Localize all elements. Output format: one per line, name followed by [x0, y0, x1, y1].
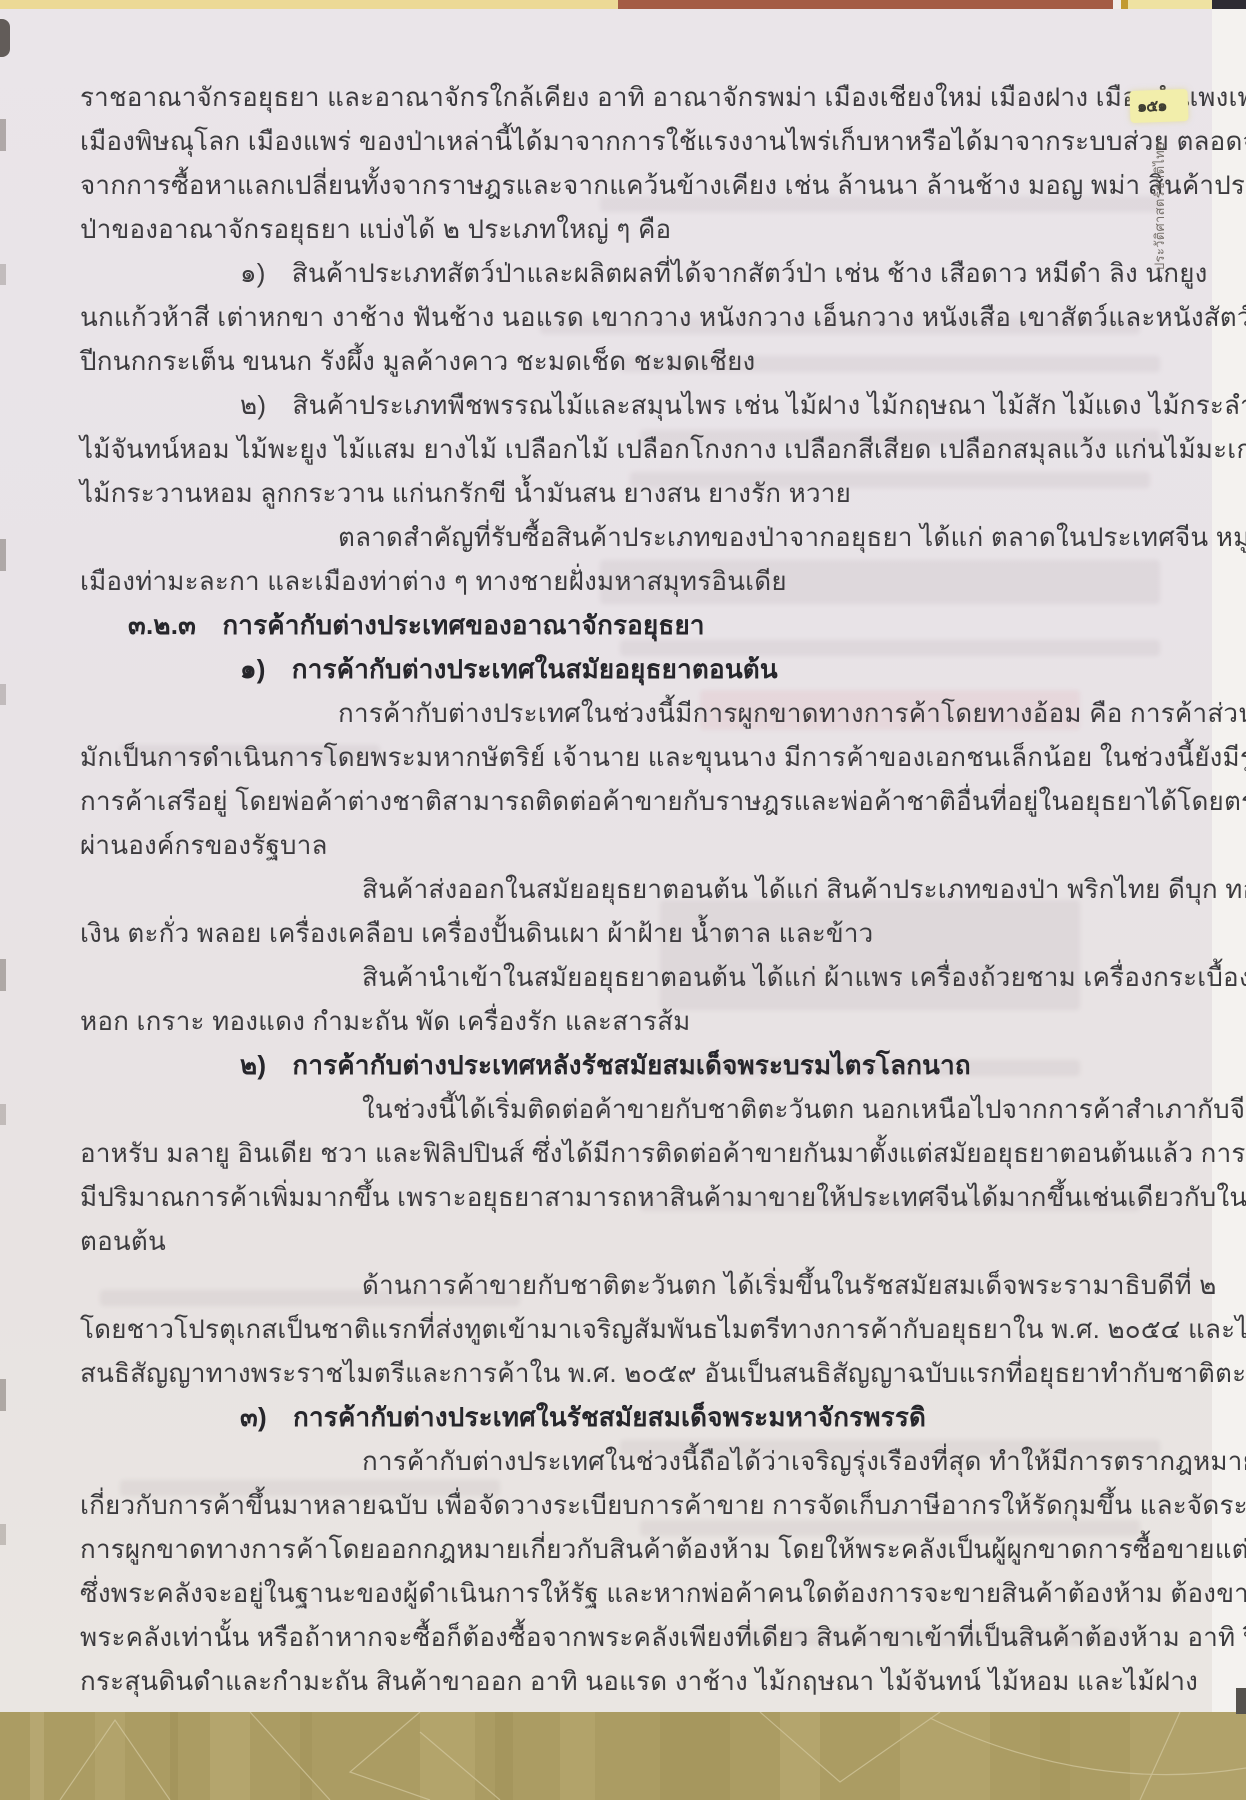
- text-line: ตลาดสำคัญที่รับซื้อสินค้าประเภทของป่าจาก…: [80, 515, 1168, 559]
- top-edge-strip-brown: [618, 0, 1113, 9]
- list-item-line: ๒) สินค้าประเภทพืชพรรณไม้และสมุนไพร เช่น…: [80, 383, 1168, 427]
- text-line: ในช่วงนี้ได้เริ่มติดต่อค้าขายกับชาติตะวั…: [80, 1087, 1168, 1131]
- scanned-textbook-page: ๑๕๑ ประวัติศาสตร์ชาติไทย ราชอาณาจักรอยุธ…: [0, 0, 1246, 1800]
- text-line: การค้าเสรีอยู่ โดยพ่อค้าต่างชาติสามารถติ…: [80, 779, 1168, 823]
- subsection-heading-line: ๒) การค้ากับต่างประเทศหลังรัชสมัยสมเด็จพ…: [80, 1043, 1168, 1087]
- body-text-column: ราชอาณาจักรอยุธยา และอาณาจักรใกล้เคียง อ…: [80, 75, 1168, 1703]
- text-line: ตอนต้น: [80, 1219, 1168, 1263]
- bottom-right-streak: [1236, 1688, 1246, 1714]
- list-item-line: ๑) สินค้าประเภทสัตว์ป่าและผลิตผลที่ได้จา…: [80, 251, 1168, 295]
- text-line: ไม้กระวานหอม ลูกกระวาน แก่นกรักขี น้ำมัน…: [80, 471, 1168, 515]
- section-heading-line: ๓.๒.๓ การค้ากับต่างประเทศของอาณาจักรอยุธ…: [80, 603, 1168, 647]
- text-line: ป่าของอาณาจักรอยุธยา แบ่งได้ ๒ ประเภทใหญ…: [80, 207, 1168, 251]
- text-line: ซึ่งพระคลังจะอยู่ในฐานะของผู้ดำเนินการให…: [80, 1571, 1168, 1615]
- text-line: อาหรับ มลายู อินเดีย ชวา และฟิลิปปินส์ ซ…: [80, 1131, 1168, 1175]
- text-line: โดยชาวโปรตุเกสเป็นชาติแรกที่ส่งทูตเข้ามา…: [80, 1307, 1168, 1351]
- text-line: ราชอาณาจักรอยุธยา และอาณาจักรใกล้เคียง อ…: [80, 75, 1168, 119]
- text-line: ผ่านองค์กรของรัฐบาล: [80, 823, 1168, 867]
- page-number: ๑๕๑: [1130, 93, 1167, 119]
- text-line: นกแก้วห้าสี เต่าหกขา งาช้าง ฟันช้าง นอแร…: [80, 295, 1168, 339]
- spine-label-container: ประวัติศาสตร์ชาติไทย: [1168, 129, 1186, 271]
- text-line: เมืองพิษณุโลก เมืองแพร่ ของป่าเหล่านี้ได…: [80, 119, 1168, 163]
- text-line: มีปริมาณการค้าเพิ่มมากขึ้น เพราะอยุธยาสา…: [80, 1175, 1168, 1219]
- subsection-heading-line: ๑) การค้ากับต่างประเทศในสมัยอยุธยาตอนต้น: [80, 647, 1168, 691]
- text-line: ปีกนกกระเต็น ขนนก รังผึ้ง มูลค้างคาว ชะม…: [80, 339, 1168, 383]
- text-line: พระคลังเท่านั้น หรือถ้าหากจะซื้อก็ต้องซื…: [80, 1615, 1168, 1659]
- text-line: จากการซื้อหาแลกเปลี่ยนทั้งจากราษฎรและจาก…: [80, 163, 1168, 207]
- top-edge-strip-gap: [1113, 0, 1121, 9]
- text-line: กระสุนดินดำและกำมะถัน สินค้าขาออก อาทิ น…: [80, 1659, 1168, 1703]
- text-line: เงิน ตะกั่ว พลอย เครื่องเคลือบ เครื่องปั…: [80, 911, 1168, 955]
- text-line: หอก เกราะ ทองแดง กำมะถัน พัด เครื่องรัก …: [80, 999, 1168, 1043]
- top-edge-strip-cream-right: [1128, 0, 1213, 9]
- left-torn-edge-blob: [0, 19, 10, 57]
- text-line: เกี่ยวกับการค้าขึ้นมาหลายฉบับ เพื่อจัดวา…: [80, 1483, 1168, 1527]
- text-line: การค้ากับต่างประเทศในช่วงนี้ถือได้ว่าเจร…: [80, 1439, 1168, 1483]
- subsection-heading-line: ๓) การค้ากับต่างประเทศในรัชสมัยสมเด็จพระ…: [80, 1395, 1168, 1439]
- text-line: มักเป็นการดำเนินการโดยพระมหากษัตริย์ เจ้…: [80, 735, 1168, 779]
- text-line: สินค้านำเข้าในสมัยอยุธยาตอนต้น ได้แก่ ผ้…: [80, 955, 1168, 999]
- page-number-badge: ๑๕๑: [1129, 89, 1188, 123]
- spine-label: ประวัติศาสตร์ชาติไทย: [1149, 142, 1170, 271]
- text-line: ไม้จันทน์หอม ไม้พะยูง ไม้แสม ยางไม้ เปลื…: [80, 427, 1168, 471]
- top-edge-strip-cream: [0, 0, 618, 9]
- text-line: การผูกขาดทางการค้าโดยออกกฎหมายเกี่ยวกับส…: [80, 1527, 1168, 1571]
- text-line: สนธิสัญญาทางพระราชไมตรีและการค้าใน พ.ศ. …: [80, 1351, 1168, 1395]
- text-line: ด้านการค้าขายกับชาติตะวันตก ได้เริ่มขึ้น…: [80, 1263, 1168, 1307]
- text-line: การค้ากับต่างประเทศในช่วงนี้มีการผูกขาดท…: [80, 691, 1168, 735]
- bottom-decorative-band: [0, 1712, 1246, 1800]
- left-torn-edge: [0, 9, 6, 1712]
- text-line: เมืองท่ามะละกา และเมืองท่าต่าง ๆ ทางชายฝ…: [80, 559, 1168, 603]
- text-line: สินค้าส่งออกในสมัยอยุธยาตอนต้น ได้แก่ สิ…: [80, 867, 1168, 911]
- page-sheet: ๑๕๑ ประวัติศาสตร์ชาติไทย ราชอาณาจักรอยุธ…: [0, 9, 1212, 1712]
